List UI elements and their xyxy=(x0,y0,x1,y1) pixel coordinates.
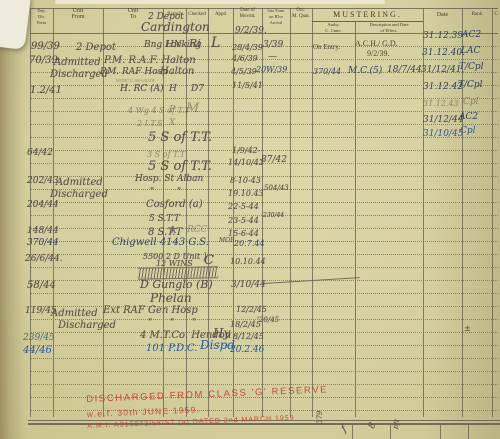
column-header-dep-dis: Dis. xyxy=(30,14,53,19)
handwritten-entry: 148/44 xyxy=(27,227,59,236)
authy-line2: C. Cmte. xyxy=(312,28,355,34)
handwritten-entry: AC2 xyxy=(462,31,481,40)
bottom-strip-rule xyxy=(440,425,441,439)
handwritten-entry: Ext RAF Gen Hosp xyxy=(103,306,198,316)
handwritten-entry: " xyxy=(150,188,154,197)
handwritten-entry: 204/44 xyxy=(27,201,59,210)
column-header-checked: Checked xyxy=(186,12,208,17)
handwritten-entry: Discharged xyxy=(50,190,108,200)
column-header-appd: Appd xyxy=(208,12,233,17)
column-header-dep-dis: Form xyxy=(30,20,53,25)
handwritten-entry: 14/10/42 xyxy=(228,159,264,167)
handwritten-entry: 28/4/39 xyxy=(232,44,263,52)
row-rule xyxy=(30,267,498,268)
handwritten-entry: 4/6/39 xyxy=(232,55,258,63)
row-rule xyxy=(30,150,498,151)
mustering-title: MUSTERING. xyxy=(312,10,423,19)
handwritten-entry: 31/12/44 xyxy=(423,116,463,125)
row-rule xyxy=(30,332,498,333)
handwritten-entry: 99/39 xyxy=(31,42,60,52)
handwritten-entry: 11/5/41 xyxy=(232,82,263,90)
handwritten-entry: 4 Wg 4 S of T.T xyxy=(128,107,190,115)
handwritten-entry: 101 P.D.C. xyxy=(146,344,197,354)
handwritten-entry: Admitted xyxy=(51,309,98,319)
handwritten-entry: 1/9/42- xyxy=(232,147,260,155)
handwritten-entry: 31.12.40. xyxy=(422,49,465,58)
handwritten-entry: T/Cpl xyxy=(458,81,483,90)
handwritten-entry: Chigwell 4143 G.S. xyxy=(112,238,209,248)
bottom-strip-rule xyxy=(468,425,469,439)
row-rule xyxy=(30,371,498,372)
handwritten-entry: M xyxy=(186,102,199,115)
handwritten-entry: Cosford (a) xyxy=(146,200,203,210)
handwritten-entry: 239/45 xyxy=(23,334,55,343)
handwritten-entry: MOB xyxy=(219,238,234,244)
handwritten-entry: A.C.H./ G.D. xyxy=(355,40,398,48)
row-rule xyxy=(30,358,498,359)
column-header-date: Date xyxy=(423,12,462,18)
column-rule-cause xyxy=(492,8,493,417)
handwritten-entry: P.M. R.A.F. Halton xyxy=(104,56,196,66)
handwritten-entry: 20.2.46 xyxy=(230,346,264,355)
handwritten-entry: 58/44 xyxy=(27,281,56,291)
handwritten-entry: 9/2/39. xyxy=(367,50,389,58)
handwritten-entry: 19.10.43 xyxy=(228,190,264,198)
handwritten-entry: 23-5-44 xyxy=(228,217,259,225)
column-header-cause: C xyxy=(492,12,500,17)
column-header-unit-from: From xyxy=(53,14,103,20)
handwritten-entry: P xyxy=(169,106,175,115)
handwritten-entry: 10.10.44 xyxy=(230,258,266,266)
handwritten-entry: Phelan xyxy=(150,292,192,304)
column-header-occ-m-quar: Occ. xyxy=(290,8,312,13)
row-rule xyxy=(30,293,498,294)
handwritten-entry: Cpl xyxy=(460,127,476,136)
handwritten-entry: Discharged xyxy=(58,321,116,331)
row-rule xyxy=(30,202,498,203)
handwritten-entry: 3/39 xyxy=(263,41,283,50)
handwritten-entry: 370/44 xyxy=(313,68,341,76)
column-rule-occ-m-quar xyxy=(290,8,291,417)
row-rule xyxy=(30,228,498,229)
handwritten-entry: k xyxy=(171,227,176,236)
handwritten-entry: Cardington xyxy=(141,21,210,33)
handwritten-entry: " xyxy=(192,319,196,328)
handwritten-entry: 230/44 xyxy=(263,213,284,219)
handwritten-entry: f xyxy=(340,425,349,435)
handwritten-entry: Admitted xyxy=(56,178,103,188)
handwritten-entry: Cpl xyxy=(463,98,479,107)
column-header-date-of-movement: Date of xyxy=(233,8,262,13)
row-rule xyxy=(30,111,498,112)
mustering-desc-header: Description and Date of Effect. xyxy=(355,22,423,33)
handwritten-entry: 22-5-44 xyxy=(228,203,259,211)
handwritten-entry: Ri xyxy=(189,38,201,49)
handwritten-entry: 31.12.39 xyxy=(423,32,463,41)
page-corner xyxy=(0,0,31,50)
handwritten-entry: 3/10/44 xyxy=(231,281,266,290)
column-rule-appd xyxy=(208,8,209,417)
handwritten-entry: 87/42 xyxy=(261,156,287,165)
handwritten-entry: 31/12/41. xyxy=(421,66,464,75)
handwritten-entry: 2 Depot xyxy=(76,43,116,53)
handwritten-entry: 8/12/45 xyxy=(233,333,264,341)
handwritten-entry: '20/45 xyxy=(257,317,279,324)
handwritten-entry: 1.2/41 xyxy=(30,86,62,96)
handwritten-entry: 18/7/44 xyxy=(387,66,422,75)
handwritten-entry: H xyxy=(169,85,177,94)
handwritten-entry: 20W/39 xyxy=(256,66,287,74)
column-header-rank: Rank xyxy=(462,12,492,17)
column-header-gas-form: Gas Form xyxy=(262,8,290,13)
handwritten-entry: 504/43 xyxy=(264,185,289,192)
column-header-gas-form: on R'lse xyxy=(262,14,290,19)
ledger-page: MUSTERING. Authy. C. Cmte. Description a… xyxy=(0,0,500,439)
handwritten-entry: X xyxy=(169,119,175,128)
handwritten-entry: 202/43 xyxy=(27,177,59,186)
handwritten-entry: L xyxy=(211,36,220,50)
handwritten-entry: 26/6/44. xyxy=(25,255,63,264)
handwritten-entry: 8-10-43 xyxy=(230,177,261,185)
handwritten-entry: HN xyxy=(166,41,182,50)
desc-line2: of Effect. xyxy=(355,28,423,34)
handwritten-entry: 2 I.T.S. xyxy=(137,120,165,128)
handwritten-entry: AC2 xyxy=(459,113,478,122)
scan-edge xyxy=(55,0,385,4)
handwritten-entry: H. RC (A) xyxy=(120,85,164,94)
handwritten-entry: 370/44 xyxy=(27,239,59,248)
handwritten-entry: MEDICAL RE-GRADE xyxy=(116,79,155,83)
handwritten-entry: 64/42 xyxy=(27,149,53,158)
handwritten-entry: 8 xyxy=(368,422,378,430)
handwritten-entry: 12 WINS xyxy=(156,260,193,268)
handwritten-entry: 3 S of T.T xyxy=(147,151,185,159)
handwritten-entry: D Gunglo (B) xyxy=(140,279,213,290)
handwritten-entry: 5 S.T.T xyxy=(149,215,180,224)
handwritten-entry: 9/2/39. xyxy=(235,27,267,36)
handwritten-entry: Halton xyxy=(160,67,194,77)
bottom-strip-rule xyxy=(352,425,353,439)
handwritten-entry: 20.7.44 xyxy=(234,240,265,248)
handwritten-entry: " xyxy=(177,188,181,197)
handwritten-entry: 5 S of T.T. xyxy=(148,131,212,144)
column-header-occ-m-quar: M. Quar. xyxy=(290,14,312,19)
row-rule xyxy=(30,384,498,385)
mustering-authy-header: Authy. C. Cmte. xyxy=(312,22,355,33)
handwritten-entry: Hosp. St Alban xyxy=(135,175,203,184)
handwritten-entry: D7 xyxy=(191,85,204,94)
handwritten-entry: 4/5/39 xyxy=(231,68,257,76)
handwritten-entry: 5 S of T.T. xyxy=(148,160,212,173)
handwritten-entry: LAC xyxy=(461,47,480,56)
handwritten-entry: P.M. RAF Hosp xyxy=(100,68,168,77)
handwritten-entry: " xyxy=(148,319,152,328)
handwritten-entry: On Entry. xyxy=(313,44,340,51)
handwritten-entry: pft xyxy=(392,418,401,429)
handwritten-entry: 31/10/45 xyxy=(423,130,463,139)
handwritten-entry: ± xyxy=(464,325,471,333)
handwritten-entry: 12/2/45 xyxy=(236,306,267,314)
row-rule xyxy=(30,254,498,255)
handwritten-entry: — xyxy=(268,53,277,62)
handwritten-entry: M.C.(5) xyxy=(348,67,382,76)
handwritten-entry: C xyxy=(204,254,214,267)
column-header-gas-form: Arrival xyxy=(262,20,290,25)
handwritten-entry: " xyxy=(170,319,174,328)
column-header-date-of-movement: Movmt. xyxy=(233,14,262,19)
handwritten-entry: 31.12.43 xyxy=(423,100,459,108)
handwritten-entry: Admitted xyxy=(54,58,101,68)
handwritten-entry: T/Cpl xyxy=(459,63,484,72)
handwritten-entry: RCC xyxy=(187,226,208,235)
column-header-dep-dis: Dep. xyxy=(30,8,53,13)
handwritten-entry: 44/46 xyxy=(23,346,52,356)
